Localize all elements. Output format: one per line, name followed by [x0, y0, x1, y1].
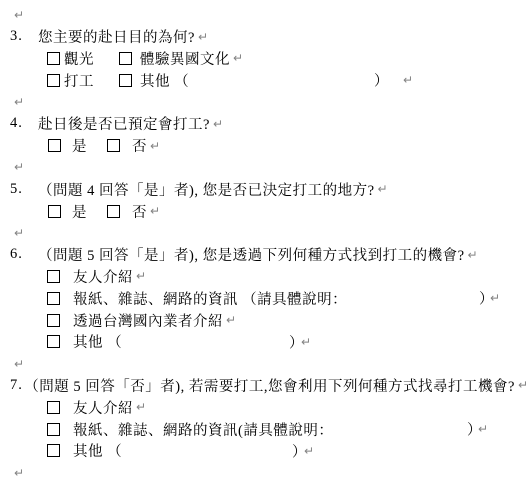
blank-paragraph: ↵ — [0, 91, 528, 113]
paragraph-mark-icon: ↵ — [150, 140, 160, 152]
option-label: 友人介紹 — [73, 266, 133, 287]
close-paren: ） — [374, 70, 389, 91]
checkbox-icon[interactable] — [107, 139, 120, 152]
option-label: 是 — [72, 201, 87, 222]
checkbox-icon[interactable] — [47, 444, 60, 457]
checkbox-icon[interactable] — [47, 314, 60, 327]
question-number: 4. — [10, 115, 38, 132]
paragraph-mark-icon: ↵ — [478, 423, 488, 435]
paragraph-mark-icon: ↵ — [518, 379, 528, 391]
option-label: 否 — [132, 201, 147, 222]
question-3-options-row-1: 觀光 體驗異國文化 ↵ — [0, 48, 528, 70]
checkbox-icon[interactable] — [48, 205, 61, 218]
option-label: 報紙、雜誌、網路的資訊 （請具體說明： — [73, 288, 347, 309]
paragraph-mark-icon: ↵ — [304, 445, 314, 457]
paragraph-mark-icon: ↵ — [226, 314, 236, 326]
option-label: 報紙、雜誌、網路的資訊(請具體說明： — [73, 419, 333, 440]
paragraph-mark-icon: ↵ — [378, 183, 388, 195]
question-7-option-friends: 友人介紹 ↵ — [0, 396, 528, 418]
option-label: 其他 （ — [73, 440, 122, 461]
paragraph-mark-icon: ↵ — [14, 9, 24, 21]
paragraph-mark-icon: ↵ — [14, 467, 24, 479]
option-label: 其他 （ — [140, 70, 189, 91]
question-6-title-line: 6.（問題 5 回答「是」者), 您是透過下列何種方式找到打工的機會?↵ — [0, 244, 528, 266]
checkbox-icon[interactable] — [47, 292, 60, 305]
paragraph-mark-icon: ↵ — [490, 292, 500, 304]
question-6-option-friends: 友人介紹 ↵ — [0, 266, 528, 288]
paragraph-mark-icon: ↵ — [14, 227, 24, 239]
option-label: 透過台灣國內業者介紹 — [73, 310, 223, 331]
blank-paragraph: ↵ — [0, 4, 528, 26]
checkbox-icon[interactable] — [47, 423, 60, 436]
paragraph-mark-icon: ↵ — [233, 52, 243, 64]
paragraph-mark-icon: ↵ — [468, 249, 478, 261]
question-number: 5. — [10, 181, 38, 198]
question-7-option-other: 其他 （ ） ↵ — [0, 440, 528, 462]
checkbox-icon[interactable] — [47, 74, 60, 87]
paragraph-mark-icon: ↵ — [150, 205, 160, 217]
document-page: ↵ 3.您主要的赴日目的為何?↵ 觀光 體驗異國文化 ↵ 打工 其他 （ ） ↵… — [0, 0, 528, 485]
option-label: 觀光 — [64, 48, 94, 69]
blank-paragraph: ↵ — [0, 157, 528, 179]
question-4-title-line: 4.赴日後是否已預定會打工?↵ — [0, 113, 528, 135]
paragraph-mark-icon: ↵ — [136, 401, 146, 413]
question-number: 3. — [10, 28, 38, 45]
checkbox-icon[interactable] — [119, 52, 132, 65]
question-title: （問題 4 回答「是」者), 您是否已決定打工的地方? — [38, 179, 375, 200]
blank-paragraph: ↵ — [0, 222, 528, 244]
checkbox-icon[interactable] — [119, 74, 132, 87]
paragraph-mark-icon: ↵ — [14, 96, 24, 108]
paragraph-mark-icon: ↵ — [213, 118, 223, 130]
question-title: （問題 5 回答「否」者), 若需要打工,您會利用下列何種方式找尋打工機會? — [24, 375, 515, 396]
blank-paragraph: ↵ — [0, 353, 528, 375]
paragraph-mark-icon: ↵ — [198, 31, 208, 43]
paragraph-mark-icon: ↵ — [136, 270, 146, 282]
question-3-options-row-2: 打工 其他 （ ） ↵ — [0, 69, 528, 91]
checkbox-icon[interactable] — [48, 139, 61, 152]
option-label: 是 — [72, 135, 87, 156]
checkbox-icon[interactable] — [47, 52, 60, 65]
question-7-title-line: 7.（問題 5 回答「否」者), 若需要打工,您會利用下列何種方式找尋打工機會?… — [0, 375, 528, 397]
option-label: 其他 （ — [73, 331, 122, 352]
question-number: 7. — [10, 377, 24, 394]
question-title: 您主要的赴日目的為何? — [38, 26, 195, 47]
question-number: 6. — [10, 246, 38, 263]
question-title: （問題 5 回答「是」者), 您是透過下列何種方式找到打工的機會? — [38, 244, 465, 265]
question-5-options-row: 是 否 ↵ — [0, 200, 528, 222]
question-5-title-line: 5.（問題 4 回答「是」者), 您是否已決定打工的地方?↵ — [0, 178, 528, 200]
paragraph-mark-icon: ↵ — [14, 358, 24, 370]
option-label: 友人介紹 — [73, 397, 133, 418]
question-3-title-line: 3.您主要的赴日目的為何?↵ — [0, 26, 528, 48]
option-label: 否 — [132, 135, 147, 156]
paragraph-mark-icon: ↵ — [301, 336, 311, 348]
question-title: 赴日後是否已預定會打工? — [38, 113, 210, 134]
paragraph-mark-icon: ↵ — [403, 74, 413, 86]
option-label: 體驗異國文化 — [140, 48, 230, 69]
checkbox-icon[interactable] — [47, 401, 60, 414]
question-6-option-other: 其他 （ ） ↵ — [0, 331, 528, 353]
checkbox-icon[interactable] — [47, 270, 60, 283]
question-6-option-agency: 透過台灣國內業者介紹 ↵ — [0, 309, 528, 331]
checkbox-icon[interactable] — [47, 335, 60, 348]
option-label: 打工 — [64, 70, 94, 91]
paragraph-mark-icon: ↵ — [14, 161, 24, 173]
question-7-option-media: 報紙、雜誌、網路的資訊(請具體說明： ） ↵ — [0, 418, 528, 440]
checkbox-icon[interactable] — [107, 205, 120, 218]
question-4-options-row: 是 否 ↵ — [0, 135, 528, 157]
question-6-option-media: 報紙、雜誌、網路的資訊 （請具體說明： ） ↵ — [0, 287, 528, 309]
blank-paragraph: ↵ — [0, 462, 528, 484]
